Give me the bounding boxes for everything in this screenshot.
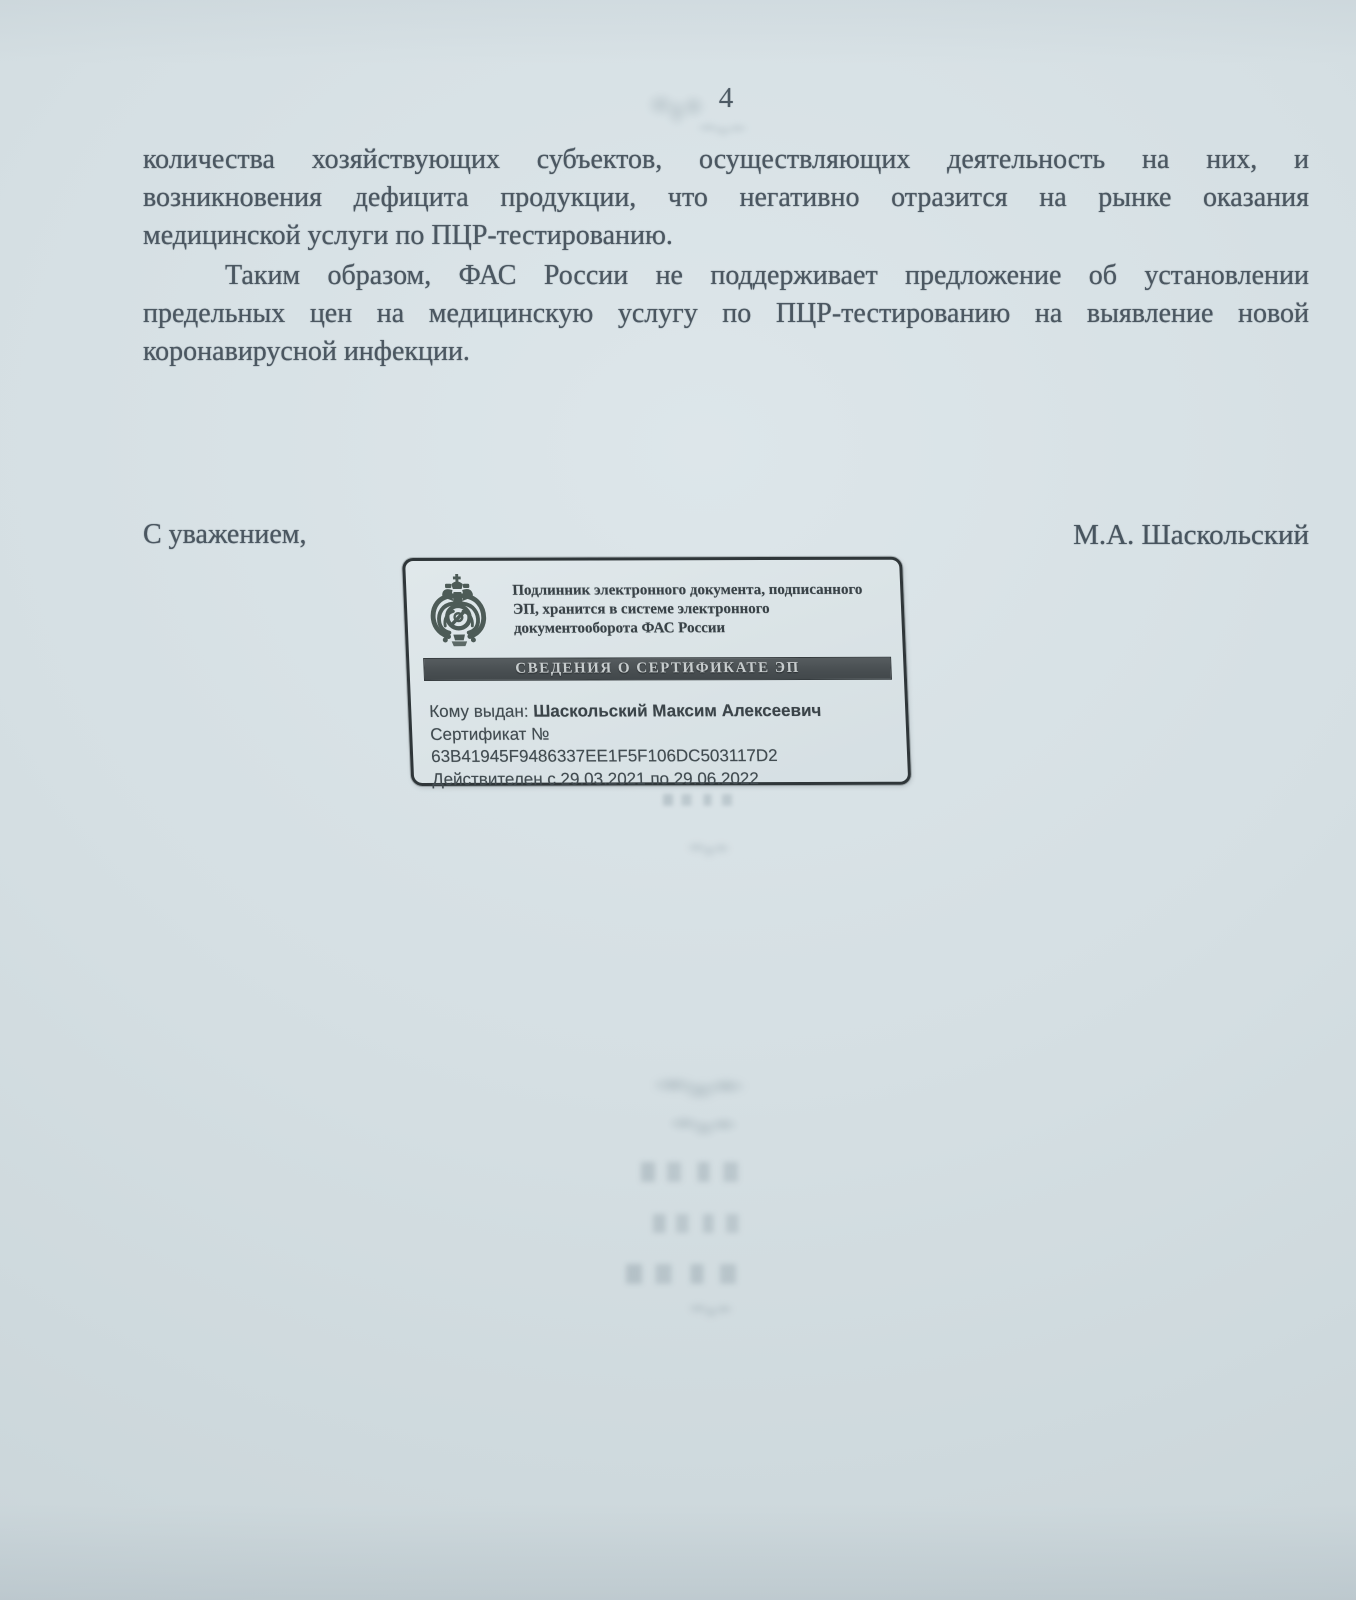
bleed-through-artifact — [641, 1150, 759, 1194]
scanned-document-page: 4 количества хозяйствующих субъектов, ос… — [0, 0, 1356, 1600]
text-line: количества хозяйствующих субъектов, осущ… — [143, 141, 1309, 179]
certificate-info-banner: СВЕДЕНИЯ О СЕРТИФИКАТЕ ЭП — [423, 657, 892, 681]
bleed-through-artifact — [653, 1202, 757, 1244]
text-line: медицинской услуги по ПЦР-тестированию. — [143, 217, 1309, 255]
bleed-through-artifact — [697, 120, 749, 140]
issued-to-label: Кому выдан: — [429, 702, 529, 721]
stamp-header-line: документооборота ФАС России — [514, 619, 897, 639]
issued-to-line: Кому выдан: Шаскольский Максим Алексееви… — [429, 700, 896, 724]
stamp-header-line: ЭП, хранится в системе электронного — [513, 600, 896, 620]
bleed-through-artifact — [626, 1252, 760, 1296]
certificate-number-line: Сертификат № 63B41945F9486337EE1F5F106DC… — [430, 722, 898, 768]
bleed-through-artifact — [687, 839, 731, 861]
signature-row: С уважением, М.А. Шаскольский — [143, 519, 1309, 552]
bleed-through-artifact — [653, 1072, 747, 1106]
bleed-through-artifact — [688, 1300, 734, 1322]
bleed-through-artifact — [663, 787, 747, 813]
certificate-details: Кому выдан: Шаскольский Максим Алексееви… — [429, 700, 899, 791]
stamp-header-text: Подлинник электронного документа, подпис… — [512, 581, 896, 639]
electronic-signature-stamp: Подлинник электронного документа, подпис… — [402, 557, 911, 786]
signer-name: М.А. Шаскольский — [1073, 519, 1309, 552]
double-headed-eagle-icon — [426, 572, 491, 649]
text-line: коронавирусной инфекции. — [143, 333, 1309, 371]
text-line: предельных цен на медицинскую услугу по … — [143, 295, 1309, 333]
issued-to-name: Шаскольский Максим Алексеевич — [533, 701, 822, 721]
stamp-header-line: Подлинник электронного документа, подпис… — [512, 581, 895, 601]
text-line: Таким образом, ФАС России не поддерживае… — [143, 257, 1309, 295]
bleed-through-artifact — [669, 1112, 739, 1142]
body-text: количества хозяйствующих субъектов, осущ… — [143, 141, 1309, 371]
text-line: возникновения дефицита продукции, что не… — [143, 179, 1309, 217]
paragraph-2: Таким образом, ФАС России не поддерживае… — [143, 257, 1309, 371]
salutation: С уважением, — [143, 519, 306, 551]
page-number: 4 — [143, 82, 1309, 115]
paragraph-1: количества хозяйствующих субъектов, осущ… — [143, 141, 1309, 255]
